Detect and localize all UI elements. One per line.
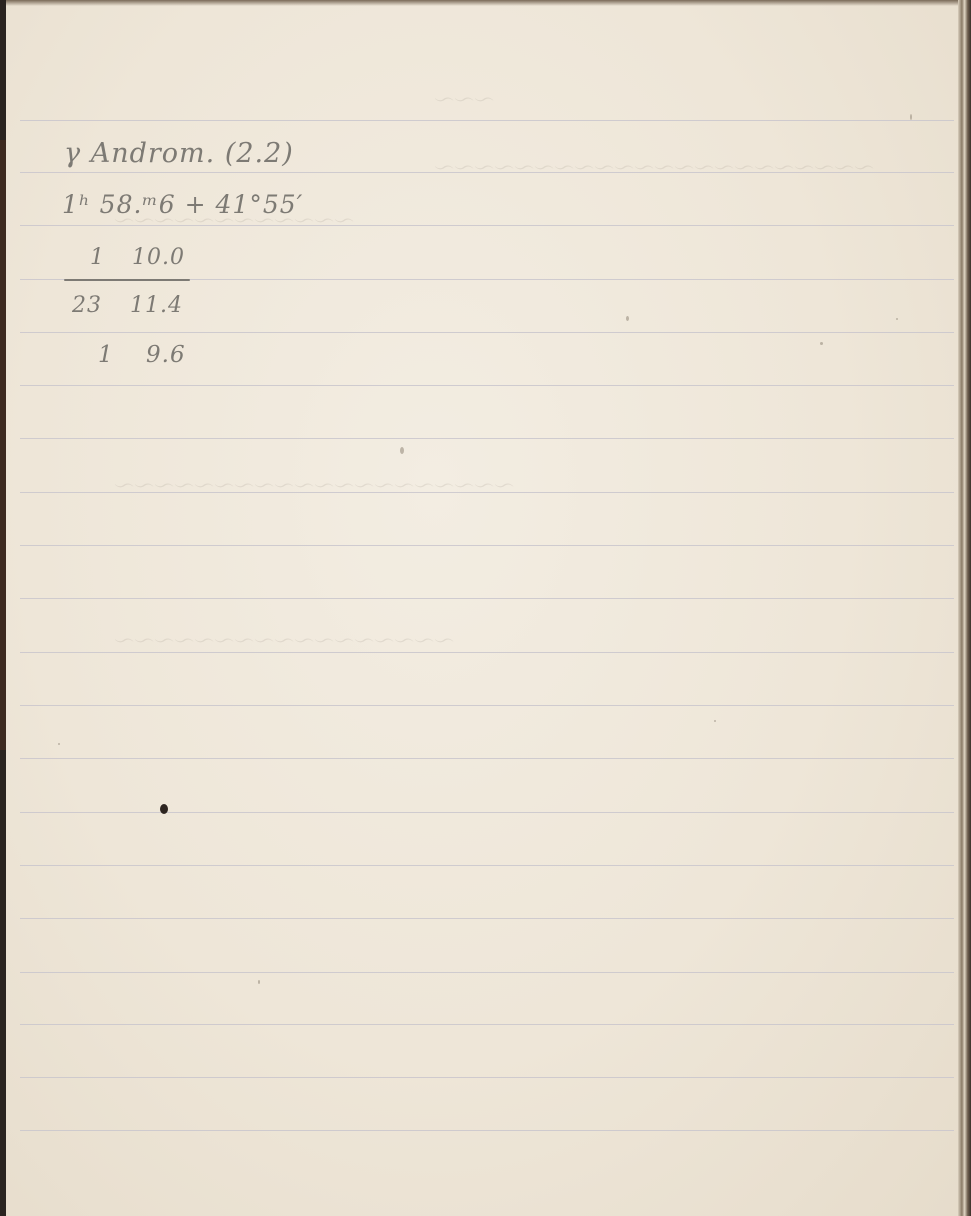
paper-speck bbox=[58, 743, 60, 745]
ruled-line bbox=[20, 385, 954, 386]
ruled-line bbox=[20, 492, 954, 493]
paper-speck bbox=[714, 720, 716, 722]
star-name-heading: γ Androm. (2.2) bbox=[64, 138, 294, 169]
ruled-line bbox=[20, 758, 954, 759]
show-through-text: ～～～～～～～～～～～～～～～～～～～～ bbox=[116, 470, 516, 499]
ruled-line bbox=[20, 225, 954, 226]
ruled-line bbox=[20, 972, 954, 973]
calc-left-value: 1 bbox=[98, 342, 114, 368]
coordinates-line: 1ʰ 58.ᵐ6 + 41°55′ bbox=[62, 190, 303, 219]
notebook-page: ～～～ ～～～～～～～～～～～～～～～～～～～～～～ ～～～～～～～～～～～～ … bbox=[6, 0, 958, 1216]
ruled-line bbox=[20, 598, 954, 599]
ruled-line bbox=[20, 1024, 954, 1025]
ruled-line bbox=[20, 1130, 954, 1131]
ruled-line bbox=[20, 438, 954, 439]
calc-left-value: 1 bbox=[90, 245, 105, 270]
ruled-line bbox=[20, 120, 954, 121]
ruled-line bbox=[20, 1077, 954, 1078]
paper-speck bbox=[626, 316, 629, 321]
paper-speck bbox=[910, 114, 912, 120]
ruled-line bbox=[20, 705, 954, 706]
ruled-line bbox=[20, 918, 954, 919]
page-stack-edge bbox=[958, 0, 971, 1216]
binding-edge bbox=[0, 140, 6, 750]
calc-right-value: 9.6 bbox=[146, 342, 186, 368]
calc-left-value: 23 bbox=[72, 293, 102, 318]
ruled-line bbox=[20, 652, 954, 653]
ruled-line bbox=[20, 172, 954, 173]
paper-speck bbox=[896, 318, 898, 320]
ink-blot bbox=[160, 804, 168, 814]
ruled-line bbox=[20, 865, 954, 866]
calc-underline bbox=[64, 279, 190, 281]
paper-speck bbox=[820, 342, 823, 345]
ruled-line bbox=[20, 332, 954, 333]
ruled-line bbox=[20, 545, 954, 546]
calc-right-value: 11.4 bbox=[130, 293, 183, 318]
paper-speck bbox=[400, 447, 404, 454]
paper-speck bbox=[258, 980, 260, 984]
show-through-text: ～～～～～～～～～～～～～～～～～ bbox=[116, 625, 456, 654]
show-through-text: ～～～ bbox=[436, 84, 496, 113]
page-top-shadow bbox=[6, 0, 958, 6]
calc-right-value: 10.0 bbox=[132, 245, 185, 270]
